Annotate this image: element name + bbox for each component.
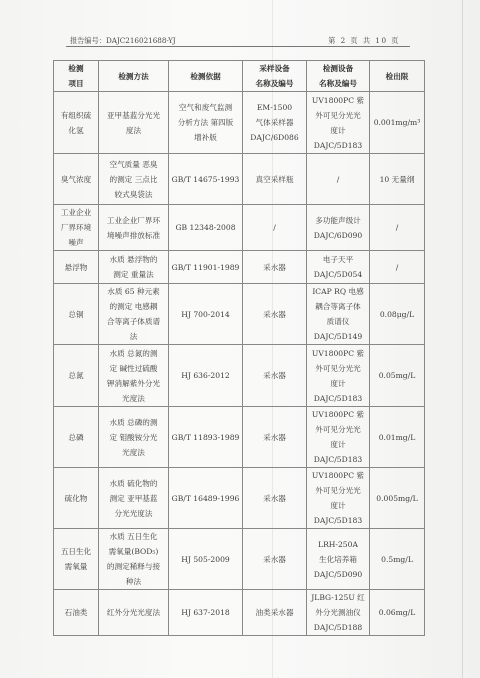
cell-text-line: 水质 五日生化 — [101, 529, 166, 544]
cell-method: 空气质量 恶臭的测定 三点比较式臭袋法 — [99, 154, 169, 205]
cell-text-line: 采水器 — [245, 368, 304, 383]
cell-item: 总氮 — [54, 345, 99, 407]
cell-text: 0.08μg/L — [372, 307, 422, 322]
cell-text-line: 水质 总氮的测 — [101, 346, 166, 361]
cell-text-line: HJ 636-2012 — [171, 368, 240, 383]
cell-sampling-equipment: 采水器 — [243, 407, 307, 468]
header-text-line: 名称及编号 — [245, 76, 304, 91]
cell-detection-limit: 0.005mg/L — [370, 468, 425, 529]
cell-text-line: 度计 — [309, 123, 367, 138]
cell-text-line: 水质 总磷的测 — [101, 415, 166, 430]
cell-sampling-equipment: EM-1500气体采样器DAJC/6D086 — [243, 92, 307, 154]
table-row: 悬浮物水质 悬浮物的测定 重量法GB/T 11901-1989采水器电子天平DA… — [54, 251, 425, 284]
cell-text-line: / — [309, 172, 367, 187]
cell-text-line: GB/T 14675-1993 — [171, 172, 240, 187]
cell-text-line: 度计 — [309, 498, 367, 513]
cell-item: 工业企业厂界环境噪声 — [54, 205, 99, 251]
cell-text-line: DAJC/5D149 — [309, 329, 367, 344]
cell-text: 0.5mg/L — [372, 552, 422, 567]
cell-detection-limit: / — [370, 251, 425, 284]
cell-item: 臭气浓度 — [54, 154, 99, 205]
cell-detection-limit: 10 无量纲 — [370, 154, 425, 205]
cell-text-line: 真空采样瓶 — [245, 172, 304, 187]
cell-testing-equipment: UV1800PC 紫外可见分光光度计DAJC/5D183 — [307, 468, 370, 529]
cell-text-line: 测定 亚甲基蓝 — [101, 491, 166, 506]
table-row: 硫化物水质 硫化物的测定 亚甲基蓝分光光度法GB/T 16489-1996采水器… — [54, 468, 425, 529]
cell-text: 10 无量纲 — [372, 172, 422, 187]
cell-detection-limit: 0.05mg/L — [370, 345, 425, 407]
cell-basis: GB/T 11893-1989 — [169, 407, 243, 468]
cell-basis: HJ 636-2012 — [169, 345, 243, 407]
cell-text-line: 钾消解紫外分光 — [101, 376, 166, 391]
cell-text-line: 工业企业 — [56, 205, 96, 220]
cell-item: 总磷 — [54, 407, 99, 468]
cell-method: 水质 总磷的测定 钼酸铵分光光度法 — [99, 407, 169, 468]
cell-text-line: GB/T 11901-1989 — [171, 260, 240, 275]
cell-text-line: 光度法 — [101, 391, 166, 406]
cell-text-line: 有组织硫 — [56, 108, 96, 123]
cell-detection-limit: / — [370, 205, 425, 251]
cell-basis: HJ 637-2018 — [169, 590, 243, 636]
page-edge — [462, 0, 463, 678]
cell-detection-limit: 0.001mg/m³ — [370, 92, 425, 154]
cell-text: / — [372, 260, 422, 275]
cell-text-line: 空气和废气监测 — [171, 100, 240, 115]
cell-text-line: JLBG-125U 红 — [309, 590, 367, 605]
column-header-method: 检测方法 — [99, 61, 169, 92]
cell-text-line: EM-1500 — [245, 100, 304, 115]
table-body: 有组织硫化氢亚甲基蓝分光光度法空气和废气监测分析方法 第四版增补版EM-1500… — [54, 92, 425, 636]
cell-sampling-equipment: 真空采样瓶 — [243, 154, 307, 205]
cell-text-line: DAJC/5D090 — [309, 567, 367, 582]
cell-text-line: 合等离子体质谱 — [101, 314, 166, 329]
cell-item: 石油类 — [54, 590, 99, 636]
cell-item: 有组织硫化氢 — [54, 92, 99, 154]
cell-detection-limit: 0.01mg/L — [370, 407, 425, 468]
cell-text-line: HJ 637-2018 — [171, 605, 240, 620]
cell-text-line: UV1800PC 紫 — [309, 93, 367, 108]
cell-text-line: 五日生化 — [56, 544, 96, 559]
cell-detection-limit: 0.08μg/L — [370, 284, 425, 345]
cell-sampling-equipment: / — [243, 205, 307, 251]
cell-text-line: 度法 — [101, 123, 166, 138]
cell-method: 工业企业厂界环境噪声排放标准 — [99, 205, 169, 251]
cell-text-line: 的测定 电感耦 — [101, 299, 166, 314]
cell-text-line: 质谱仪 — [309, 314, 367, 329]
cell-text-line: DAJC/5D054 — [309, 267, 367, 282]
cell-text-line: 硫化物 — [56, 491, 96, 506]
cell-text-line: 工业企业厂界环 — [101, 213, 166, 228]
cell-text-line: DAJC/6D090 — [309, 228, 367, 243]
cell-sampling-equipment: 采水器 — [243, 468, 307, 529]
cell-text-line: 气体采样器 — [245, 115, 304, 130]
header-text-line: 检出限 — [372, 69, 422, 84]
cell-sampling-equipment: 采水器 — [243, 251, 307, 284]
cell-text-line: 外分光测油仪 — [309, 605, 367, 620]
cell-item: 总铜 — [54, 284, 99, 345]
cell-testing-equipment: ICAP RQ 电感耦合等离子体质谱仪DAJC/5D149 — [307, 284, 370, 345]
cell-text-line: 外可见分光光 — [309, 422, 367, 437]
cell-basis: HJ 700-2014 — [169, 284, 243, 345]
cell-text-line: ICAP RQ 电感 — [309, 284, 367, 299]
cell-text-line: 亚甲基蓝分光光 — [101, 108, 166, 123]
cell-text-line: 采水器 — [245, 491, 304, 506]
cell-text-line: 总铜 — [56, 307, 96, 322]
header-text-line: 项目 — [56, 76, 96, 91]
cell-text: 0.001mg/m³ — [372, 115, 422, 130]
cell-text-line: GB 12348-2008 — [171, 220, 240, 235]
column-header-detection-limit: 检出限 — [370, 61, 425, 92]
column-header-testing-equipment: 检测设备名称及编号 — [307, 61, 370, 92]
cell-testing-equipment: UV1800PC 紫外可见分光光度计DAJC/5D183 — [307, 92, 370, 154]
table-row: 有组织硫化氢亚甲基蓝分光光度法空气和废气监测分析方法 第四版增补版EM-1500… — [54, 92, 425, 154]
cell-text-line: LRH-250A — [309, 537, 367, 552]
cell-text-line: DAJC/5D183 — [309, 138, 367, 153]
column-header-basis: 检测依据 — [169, 61, 243, 92]
cell-text-line: 法 — [101, 329, 166, 344]
cell-text: 0.05mg/L — [372, 368, 422, 383]
cell-detection-limit: 0.06mg/L — [370, 590, 425, 636]
cell-text-line: 石油类 — [56, 605, 96, 620]
cell-text-line: GB/T 11893-1989 — [171, 430, 240, 445]
cell-text-line: 定 钼酸铵分光 — [101, 430, 166, 445]
cell-text-line: 境噪声排放标准 — [101, 228, 166, 243]
cell-testing-equipment: UV1800PC 紫外可见分光光度计DAJC/5D183 — [307, 407, 370, 468]
cell-text-line: 红外分光光度法 — [101, 605, 166, 620]
cell-method: 亚甲基蓝分光光度法 — [99, 92, 169, 154]
cell-basis: GB/T 14675-1993 — [169, 154, 243, 205]
cell-text-line: 化氢 — [56, 123, 96, 138]
cell-text-line: DAJC/6D086 — [245, 130, 304, 145]
cell-text-line: HJ 505-2009 — [171, 552, 240, 567]
cell-text: / — [372, 220, 422, 235]
header-text-line: 检测设备 — [309, 61, 367, 76]
cell-text-line: 采水器 — [245, 307, 304, 322]
cell-sampling-equipment: 采水器 — [243, 345, 307, 407]
cell-text-line: 的测定稀释与接 — [101, 559, 166, 574]
cell-text-line: 测定 重量法 — [101, 267, 166, 282]
cell-basis: 空气和废气监测分析方法 第四版增补版 — [169, 92, 243, 154]
cell-text-line: UV1800PC 紫 — [309, 468, 367, 483]
cell-text-line: 多功能声级计 — [309, 213, 367, 228]
cell-text-line: 增补版 — [171, 130, 240, 145]
cell-text-line: 需氧量 — [56, 559, 96, 574]
cell-text-line: 厂界环境 — [56, 220, 96, 235]
cell-text-line: 采水器 — [245, 260, 304, 275]
cell-text-line: 分光光度法 — [101, 506, 166, 521]
cell-method: 水质 五日生化需氧量(BOD₅)的测定稀释与接种法 — [99, 529, 169, 590]
cell-text-line: 分析方法 第四版 — [171, 115, 240, 130]
cell-text-line: 水质 悬浮物的 — [101, 252, 166, 267]
cell-text-line: GB/T 16489-1996 — [171, 491, 240, 506]
cell-method: 水质 悬浮物的测定 重量法 — [99, 251, 169, 284]
header-text-line: 检测依据 — [171, 69, 240, 84]
cell-method: 水质 硫化物的测定 亚甲基蓝分光光度法 — [99, 468, 169, 529]
header-text-line: 采样设备 — [245, 61, 304, 76]
table-row: 总铜水质 65 种元素的测定 电感耦合等离子体质谱法HJ 700-2014采水器… — [54, 284, 425, 345]
cell-text-line: 需氧量(BOD₅) — [101, 544, 166, 559]
cell-item: 悬浮物 — [54, 251, 99, 284]
page-number: 第 2 页 共 10 页 — [328, 36, 400, 46]
cell-testing-equipment: UV1800PC 紫外可见分光光度计DAJC/5D183 — [307, 345, 370, 407]
cell-text-line: 外可见分光光 — [309, 483, 367, 498]
cell-text-line: 较式臭袋法 — [101, 187, 166, 202]
cell-text: 0.01mg/L — [372, 430, 422, 445]
cell-text: 0.06mg/L — [372, 605, 422, 620]
cell-method: 红外分光光度法 — [99, 590, 169, 636]
cell-text-line: 悬浮物 — [56, 260, 96, 275]
cell-sampling-equipment: 油类采水器 — [243, 590, 307, 636]
cell-basis: GB/T 16489-1996 — [169, 468, 243, 529]
cell-text-line: 生化培养箱 — [309, 552, 367, 567]
table-row: 石油类红外分光光度法HJ 637-2018油类采水器JLBG-125U 红外分光… — [54, 590, 425, 636]
header-text-line: 名称及编号 — [309, 76, 367, 91]
cell-text-line: 空气质量 恶臭 — [101, 157, 166, 172]
cell-item: 硫化物 — [54, 468, 99, 529]
table-header-row: 检测项目检测方法检测依据采样设备名称及编号检测设备名称及编号检出限 — [54, 61, 425, 92]
cell-testing-equipment: LRH-250A生化培养箱DAJC/5D090 — [307, 529, 370, 590]
cell-detection-limit: 0.5mg/L — [370, 529, 425, 590]
cell-text-line: 电子天平 — [309, 252, 367, 267]
cell-text-line: 外可见分光光 — [309, 108, 367, 123]
cell-basis: GB/T 11901-1989 — [169, 251, 243, 284]
table-row: 臭气浓度空气质量 恶臭的测定 三点比较式臭袋法GB/T 14675-1993真空… — [54, 154, 425, 205]
cell-testing-equipment: 多功能声级计DAJC/6D090 — [307, 205, 370, 251]
cell-text-line: 采水器 — [245, 552, 304, 567]
table-row: 工业企业厂界环境噪声工业企业厂界环境噪声排放标准GB 12348-2008/多功… — [54, 205, 425, 251]
cell-item: 五日生化需氧量 — [54, 529, 99, 590]
cell-sampling-equipment: 采水器 — [243, 284, 307, 345]
cell-text-line: 水质 硫化物的 — [101, 476, 166, 491]
cell-text-line: 噪声 — [56, 235, 96, 250]
column-header-item: 检测项目 — [54, 61, 99, 92]
cell-testing-equipment: 电子天平DAJC/5D054 — [307, 251, 370, 284]
cell-method: 水质 65 种元素的测定 电感耦合等离子体质谱法 — [99, 284, 169, 345]
cell-text-line: UV1800PC 紫 — [309, 346, 367, 361]
column-header-sampling-equipment: 采样设备名称及编号 — [243, 61, 307, 92]
cell-basis: GB 12348-2008 — [169, 205, 243, 251]
cell-text-line: DAJC/5D183 — [309, 391, 367, 406]
cell-text-line: / — [245, 220, 304, 235]
cell-text-line: 总磷 — [56, 430, 96, 445]
detection-methods-table: 检测项目检测方法检测依据采样设备名称及编号检测设备名称及编号检出限 有组织硫化氢… — [53, 60, 425, 636]
table-row: 总氮水质 总氮的测定 碱性过硫酸钾消解紫外分光光度法HJ 636-2012采水器… — [54, 345, 425, 407]
cell-text-line: UV1800PC 紫 — [309, 407, 367, 422]
cell-method: 水质 总氮的测定 碱性过硫酸钾消解紫外分光光度法 — [99, 345, 169, 407]
table-row: 总磷水质 总磷的测定 钼酸铵分光光度法GB/T 11893-1989采水器UV1… — [54, 407, 425, 468]
cell-sampling-equipment: 采水器 — [243, 529, 307, 590]
cell-text-line: 耦合等离子体 — [309, 299, 367, 314]
cell-text-line: DAJC/5D183 — [309, 513, 367, 528]
header-text-line: 检测 — [56, 61, 96, 76]
report-number: 报告编号：DAJC216021688-YJ — [70, 36, 176, 46]
page-header: 报告编号：DAJC216021688-YJ 第 2 页 共 10 页 — [66, 34, 410, 47]
header-text-line: 检测方法 — [101, 69, 166, 84]
cell-text-line: HJ 700-2014 — [171, 307, 240, 322]
cell-text-line: 油类采水器 — [245, 605, 304, 620]
cell-text-line: DAJC/5D183 — [309, 452, 367, 467]
cell-basis: HJ 505-2009 — [169, 529, 243, 590]
cell-text-line: 采水器 — [245, 430, 304, 445]
cell-text-line: 总氮 — [56, 368, 96, 383]
cell-text: 0.005mg/L — [372, 491, 422, 506]
cell-text-line: 种法 — [101, 574, 166, 589]
cell-text-line: 度计 — [309, 376, 367, 391]
cell-text-line: 定 碱性过硫酸 — [101, 361, 166, 376]
cell-text-line: 度计 — [309, 437, 367, 452]
cell-text-line: 外可见分光光 — [309, 361, 367, 376]
cell-text-line: 光度法 — [101, 445, 166, 460]
cell-text-line: 的测定 三点比 — [101, 172, 166, 187]
table-row: 五日生化需氧量水质 五日生化需氧量(BOD₅)的测定稀释与接种法HJ 505-2… — [54, 529, 425, 590]
cell-text-line: 水质 65 种元素 — [101, 284, 166, 299]
cell-text-line: DAJC/5D188 — [309, 620, 367, 635]
cell-testing-equipment: / — [307, 154, 370, 205]
cell-testing-equipment: JLBG-125U 红外分光测油仪DAJC/5D188 — [307, 590, 370, 636]
cell-text-line: 臭气浓度 — [56, 172, 96, 187]
